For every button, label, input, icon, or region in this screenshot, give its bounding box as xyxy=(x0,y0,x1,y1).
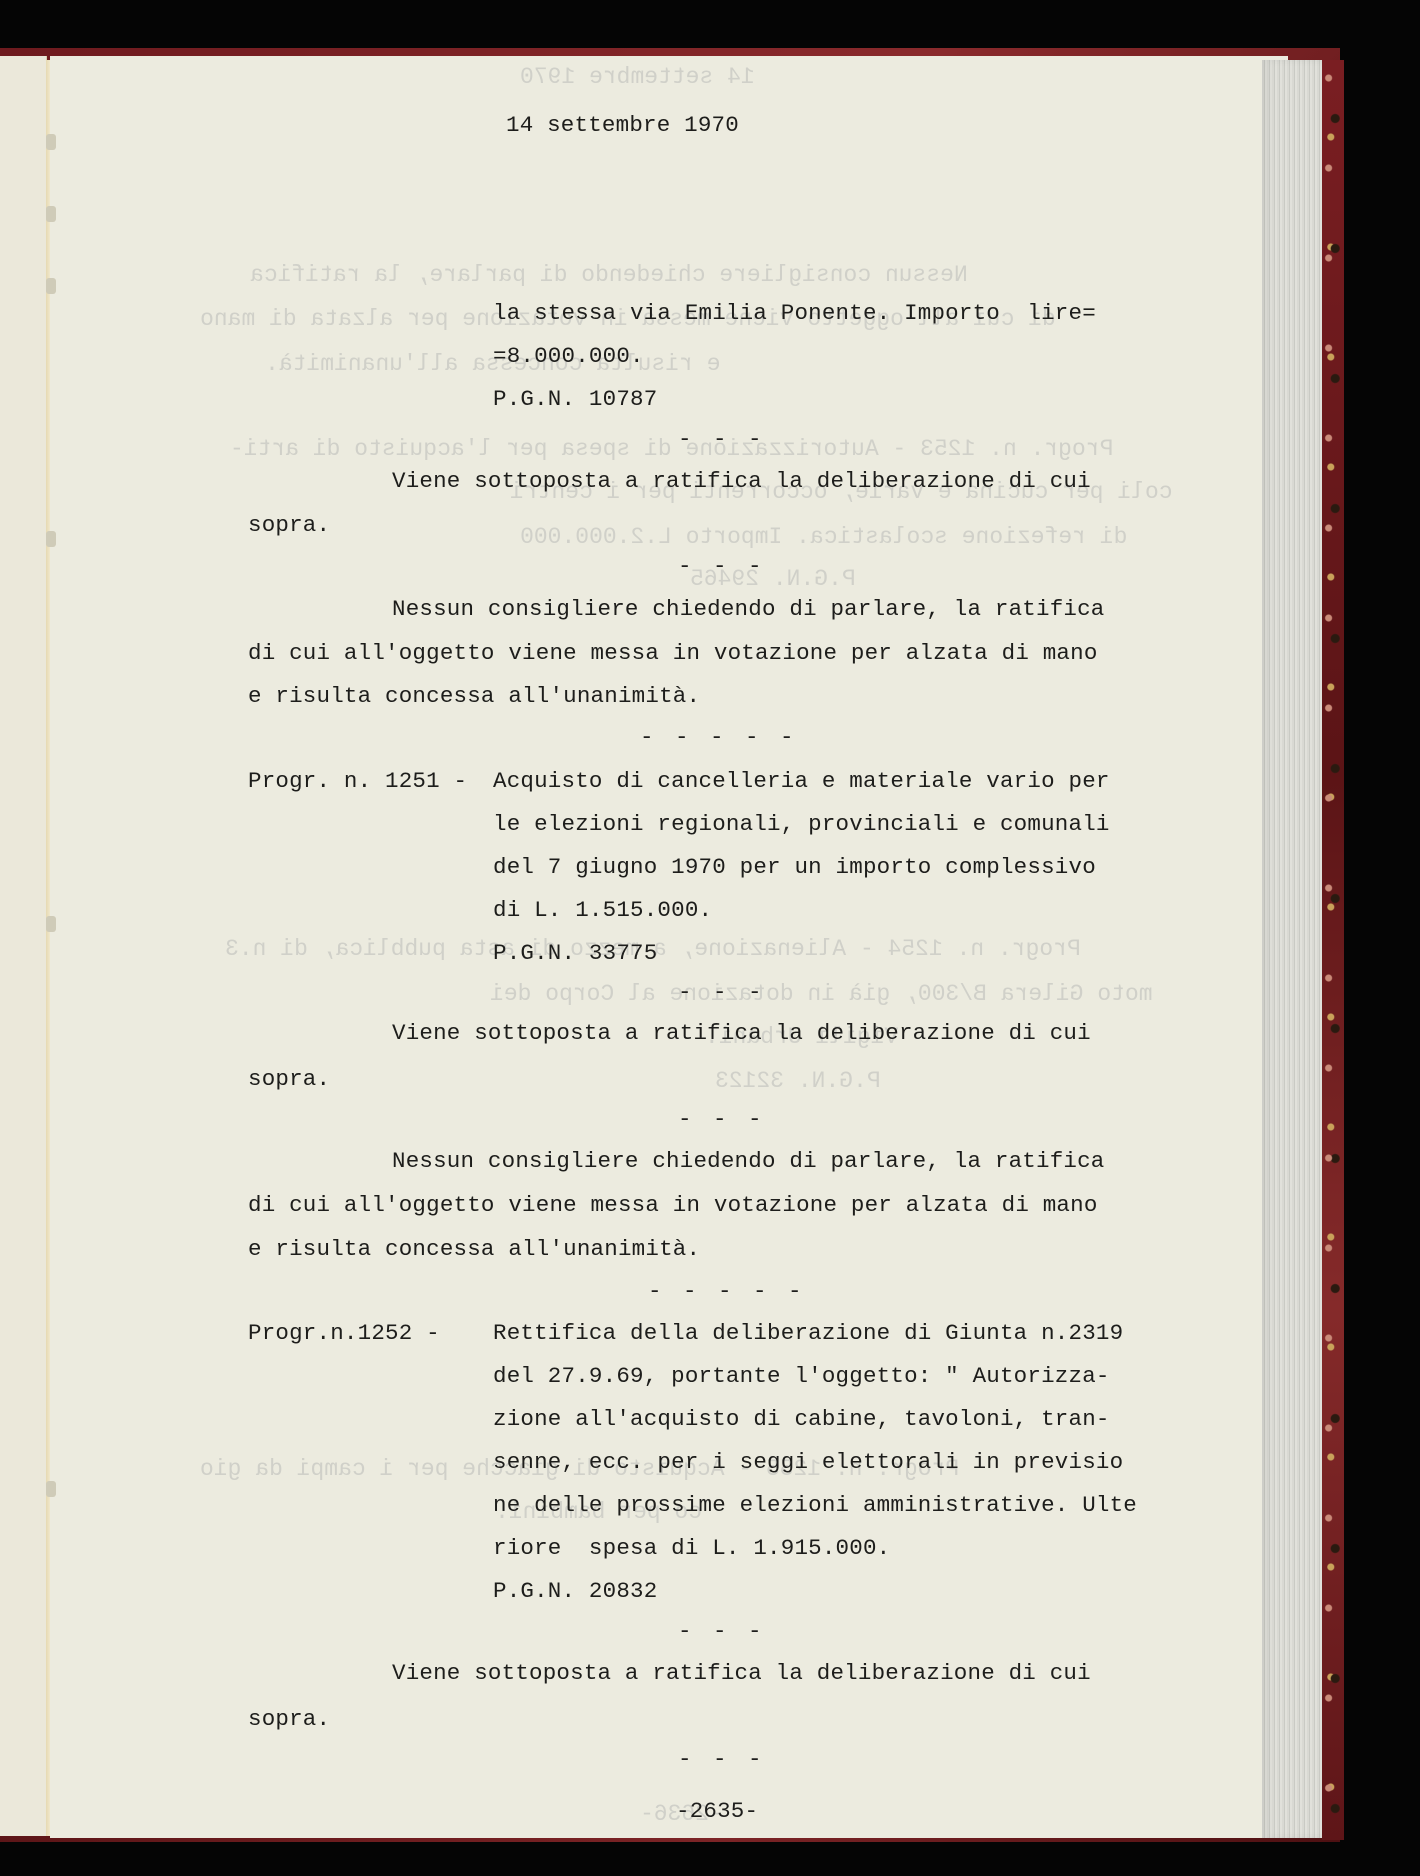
document-page: 14 settembre 1970 Nessun consigliere chi… xyxy=(50,56,1288,1838)
vote-paragraph-line: e risulta concessa all'unanimità. xyxy=(248,683,700,709)
bleed-header: 14 settembre 1970 xyxy=(520,64,755,90)
bleed-line: P.G.N. 32123 xyxy=(715,1068,881,1094)
page-stack-edges xyxy=(1262,60,1322,1838)
item-line: Acquisto di cancelleria e materiale vari… xyxy=(493,768,1110,794)
marbled-cover-edge xyxy=(1322,60,1344,1840)
vote-paragraph-line: Nessun consigliere chiedendo di parlare,… xyxy=(392,596,1105,622)
pgn-reference: P.G.N. 10787 xyxy=(493,386,657,412)
bleed-line: moto Gilera B/300, già in dotazione al C… xyxy=(490,981,1153,1007)
item-line: del 7 giugno 1970 per un importo comples… xyxy=(493,854,1096,880)
separator: - - - - - xyxy=(648,1278,806,1304)
item-continuation-line: la stessa via Emilia Ponente. Importo li… xyxy=(493,300,1096,326)
item-label: Progr.n.1252 - xyxy=(248,1320,440,1346)
bleed-line: Progr. n. 1253 - Autorizzazione di spesa… xyxy=(230,436,1113,462)
separator: - - - - - xyxy=(640,724,798,750)
separator: - - - xyxy=(678,979,766,1005)
pgn-reference: P.G.N. 20832 xyxy=(493,1578,657,1604)
binding-hole xyxy=(46,206,56,222)
item-line: di L. 1.515.000. xyxy=(493,897,712,923)
binding-hole xyxy=(46,278,56,294)
binding-hole xyxy=(46,134,56,150)
vote-paragraph-line: Nessun consigliere chiedendo di parlare,… xyxy=(392,1148,1105,1174)
previous-page-strip xyxy=(0,56,47,1836)
bleed-line: di refezione scolastica. Importo L.2.000… xyxy=(520,524,1127,550)
separator: - - - xyxy=(678,1746,766,1772)
item-line: senne, ecc. per i seggi elettorali in pr… xyxy=(493,1449,1123,1475)
item-line: ne delle prossime elezioni amministrativ… xyxy=(493,1492,1137,1518)
ratification-paragraph-line: Viene sottoposta a ratifica la deliberaz… xyxy=(392,468,1091,494)
item-line: Rettifica della deliberazione di Giunta … xyxy=(493,1320,1123,1346)
ratification-paragraph-line: Viene sottoposta a ratifica la deliberaz… xyxy=(392,1020,1091,1046)
ratification-paragraph-line: sopra. xyxy=(248,1706,330,1732)
item-continuation-line: =8.000.000. xyxy=(493,343,644,369)
item-label: Progr. n. 1251 - xyxy=(248,768,467,794)
separator: - - - xyxy=(678,1106,766,1132)
ratification-paragraph-line: sopra. xyxy=(248,512,330,538)
vote-paragraph-line: di cui all'oggetto viene messa in votazi… xyxy=(248,640,1098,666)
item-line: riore spesa di L. 1.915.000. xyxy=(493,1535,890,1561)
page-number: -2635- xyxy=(676,1798,758,1824)
separator: - - - xyxy=(678,553,766,579)
binding-hole xyxy=(46,916,56,932)
separator: - - - xyxy=(678,1618,766,1644)
ratification-paragraph-line: Viene sottoposta a ratifica la deliberaz… xyxy=(392,1660,1091,1686)
binding-hole xyxy=(46,531,56,547)
item-line: le elezioni regionali, provinciali e com… xyxy=(493,811,1110,837)
vote-paragraph-line: di cui all'oggetto viene messa in votazi… xyxy=(248,1192,1098,1218)
pgn-reference: P.G.N. 33775 xyxy=(493,940,657,966)
vote-paragraph-line: e risulta concessa all'unanimità. xyxy=(248,1236,700,1262)
binding-hole xyxy=(46,1481,56,1497)
ratification-paragraph-line: sopra. xyxy=(248,1066,330,1092)
separator: - - - xyxy=(678,426,766,452)
bleed-line: Nessun consigliere chiedendo di parlare,… xyxy=(250,262,968,288)
item-line: del 27.9.69, portante l'oggetto: " Autor… xyxy=(493,1363,1110,1389)
header-date: 14 settembre 1970 xyxy=(506,112,739,138)
item-line: zione all'acquisto di cabine, tavoloni, … xyxy=(493,1406,1110,1432)
